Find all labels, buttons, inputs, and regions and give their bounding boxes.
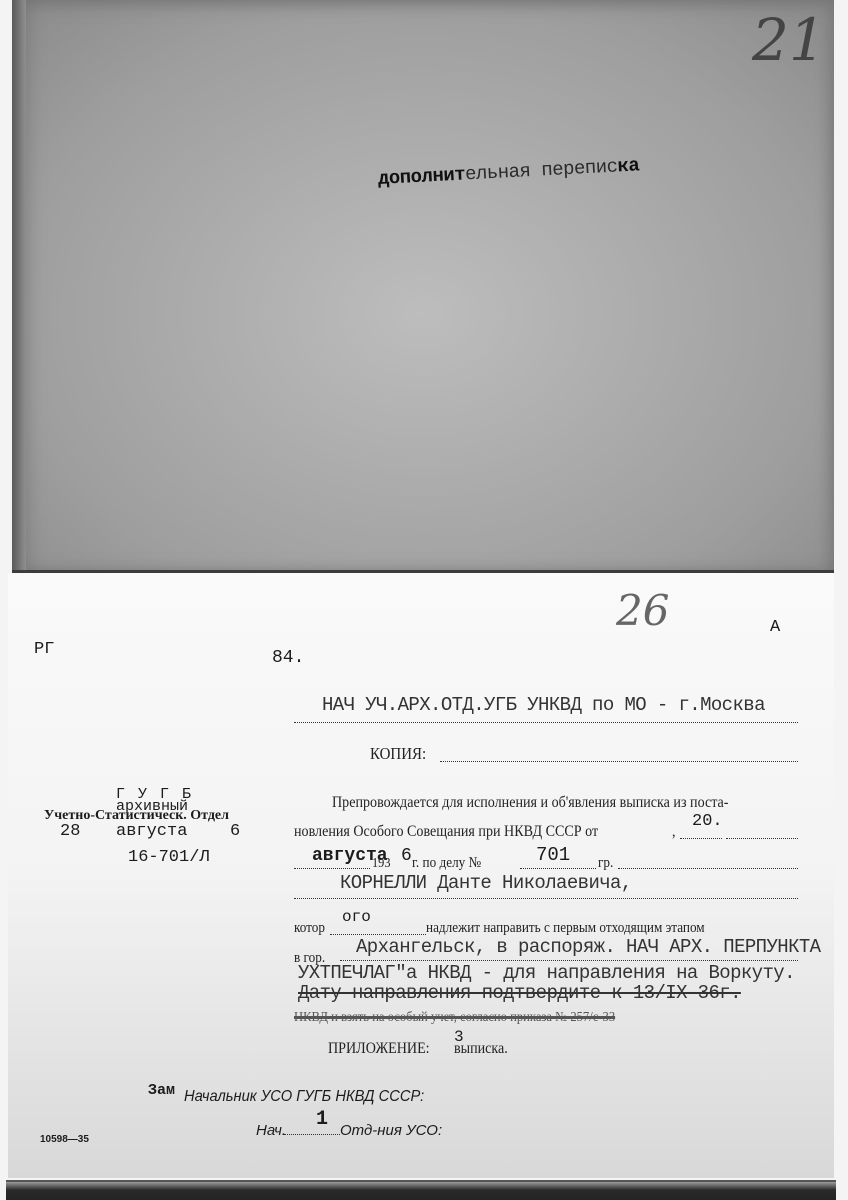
year-prefix: 193	[372, 856, 390, 872]
copy-label: КОПИЯ:	[370, 744, 426, 764]
body-line-1: Препровождается для исполнения и об'явле…	[332, 794, 728, 812]
date-open-quote: ,	[672, 823, 676, 841]
citizen-line	[618, 868, 798, 869]
struck-confirmation-line: Дату направления подтвердите к 13/IX-36г…	[298, 982, 741, 1004]
folio-number-form: 26	[616, 586, 669, 635]
city-line	[340, 960, 798, 961]
dept-number-line	[284, 1134, 340, 1135]
month-line	[294, 868, 370, 869]
body-line-2: новления Особого Совещания при НКВД СССР…	[294, 823, 598, 841]
folio-number-top: 21	[752, 6, 826, 74]
archive-stamp-day: 28	[60, 822, 80, 841]
addressee-line	[294, 722, 798, 723]
case-number: 701	[536, 844, 570, 866]
destination-line-2: УХТПЕЧЛАГ"а НКВД - для направления на Во…	[298, 962, 795, 984]
signature-prefix: Зам	[148, 1082, 175, 1099]
copy-line	[440, 761, 798, 762]
kotor-line	[330, 934, 426, 935]
person-name: КОРНЕЛЛИ Данте Николаевича,	[340, 872, 632, 894]
case-label: г. по делу №	[412, 855, 481, 872]
case-line	[520, 868, 596, 869]
dept-number: 1	[316, 1108, 328, 1131]
struck-order-line: НКВД и взять на особый учет, согласно пр…	[294, 1010, 615, 1026]
archive-stamp-month: августа	[116, 822, 187, 841]
code-left: РГ	[34, 640, 54, 659]
stamp-part-3: ка	[617, 154, 640, 177]
dept-suffix: Отд-ния УСО:	[340, 1122, 442, 1139]
print-code: 10598—35	[40, 1134, 89, 1145]
addressee: НАЧ УЧ.АРХ.ОТД.УГБ УНКВД по МО - г.Москв…	[322, 694, 765, 716]
stamp-part-1: дополнит	[377, 163, 465, 190]
dept-prefix: Нач.	[256, 1122, 286, 1139]
year-digit: 6	[401, 846, 412, 866]
attachment-text: выписка.	[454, 1040, 508, 1058]
date-day-line	[680, 838, 722, 839]
date-day: 20.	[692, 812, 723, 831]
citizen-label: гр.	[598, 855, 613, 872]
destination-line-1: Архангельск, в распоряж. НАЧ АРХ. ПЕРПУН…	[356, 936, 820, 958]
kotor-label: котор	[294, 920, 325, 937]
kotor-suffix: ого	[342, 908, 371, 926]
archive-stamp-year: 6	[230, 822, 240, 841]
scan-edge	[6, 1180, 836, 1200]
document-number: 84.	[272, 648, 304, 668]
signature-title: Начальник УСО ГУГБ НКВД СССР:	[184, 1088, 424, 1106]
date-rest-line	[726, 838, 798, 839]
name-line	[294, 898, 798, 899]
folder-cover-sheet	[12, 0, 834, 573]
corner-letter: А	[770, 618, 780, 637]
attachment-label: ПРИЛОЖЕНИЕ:	[328, 1040, 430, 1058]
archive-stamp-ref: 16-701/Л	[128, 848, 210, 867]
send-text: надлежит направить с первым отходящим эт…	[426, 920, 705, 937]
